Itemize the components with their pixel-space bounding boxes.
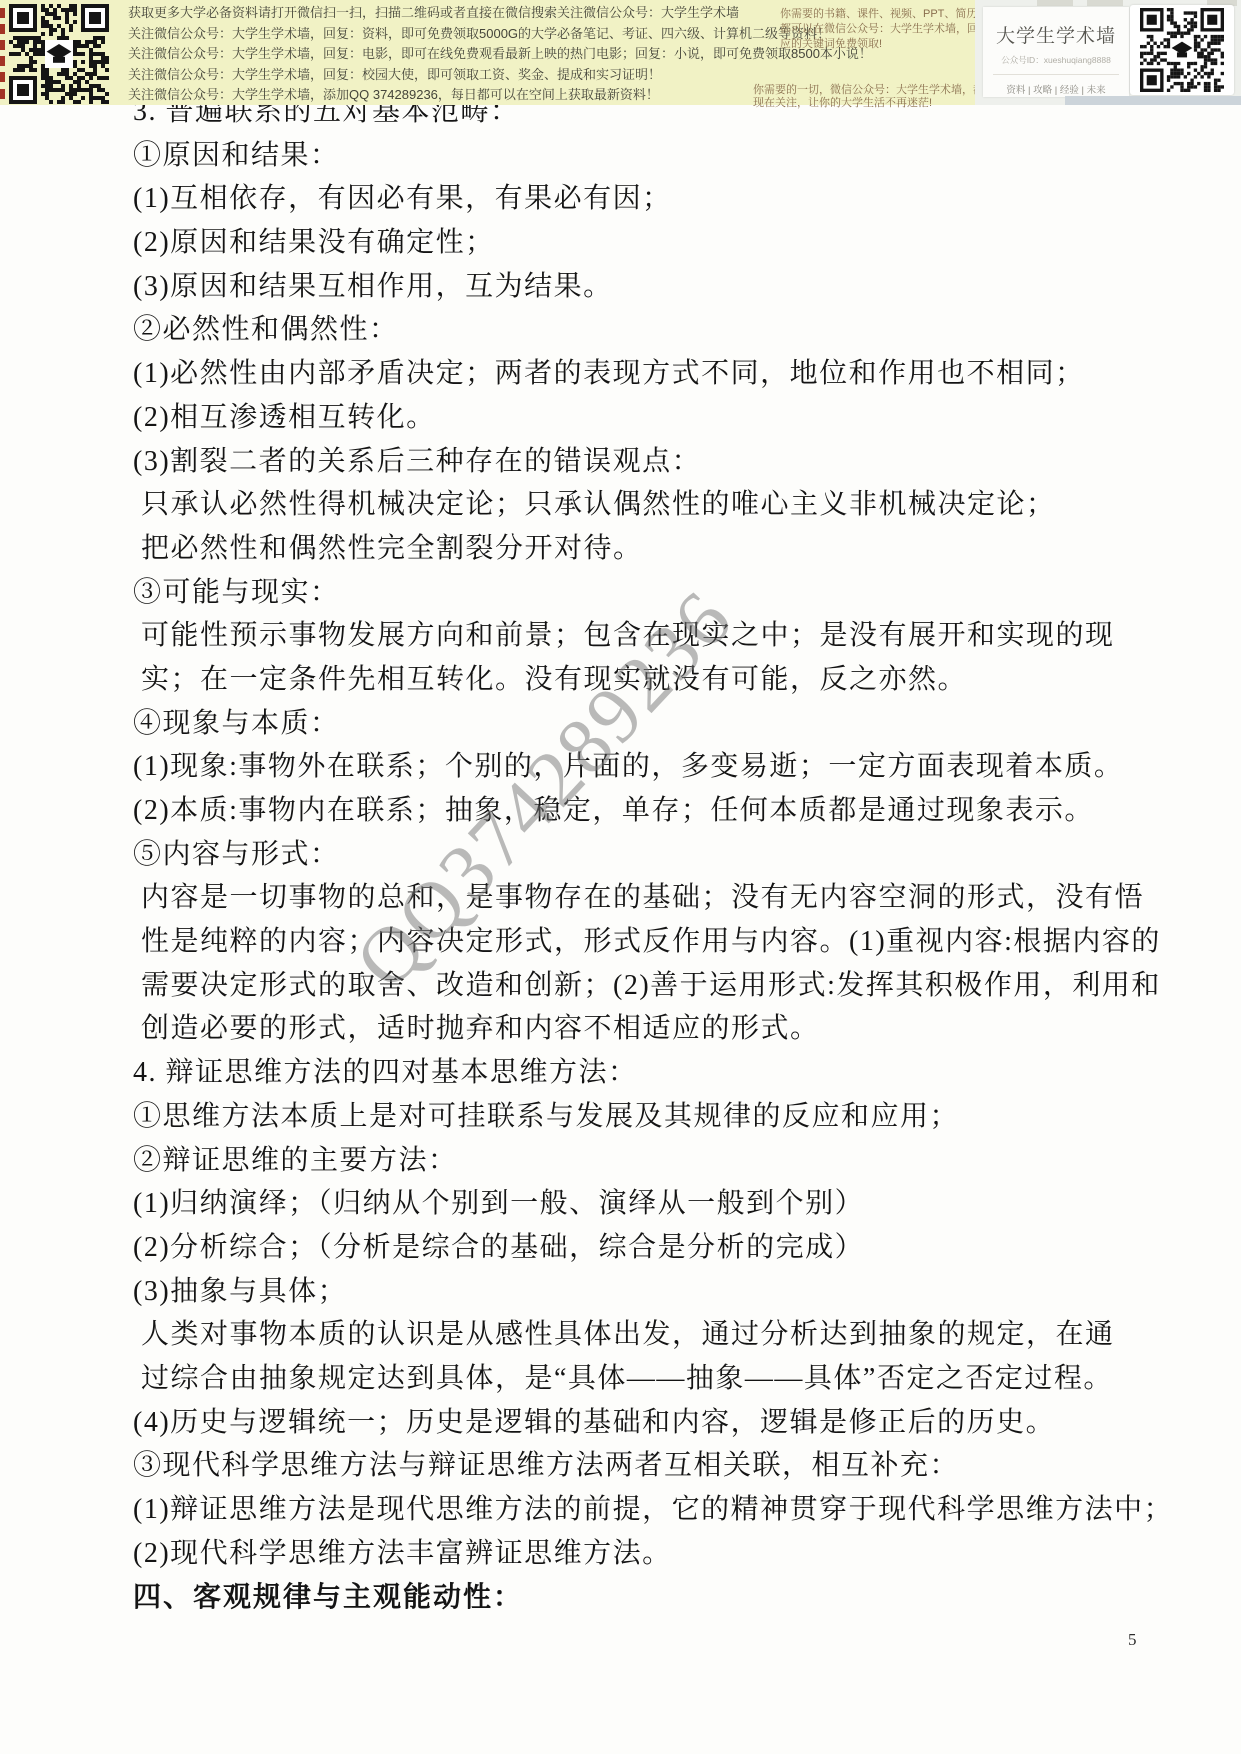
document-line: (3)原因和结果互相作用，互为结果。 xyxy=(133,265,1173,309)
document-line: (3)割裂二者的关系后三种存在的错误观点： xyxy=(133,440,1173,484)
document-line: 性是纯粹的内容；内容决定形式，形式反作用与内容。(1)重视内容:根据内容的 xyxy=(133,920,1173,964)
document-line: 创造必要的形式，适时抛弃和内容不相适应的形式。 xyxy=(133,1007,1173,1051)
page-number: 5 xyxy=(1128,1630,1137,1650)
account-card-panel: 大学生学术墙 公众号ID：xueshuqiang8888 资料 | 攻略 | 经… xyxy=(975,0,1241,105)
document-line: (2)现代科学思维方法丰富辨证思维方法。 xyxy=(133,1532,1173,1576)
tab-notch xyxy=(1087,0,1123,6)
promo-note-line: 你需要的书籍、课件、视频、PPT、简历模板 xyxy=(780,7,1000,22)
edge-fragment xyxy=(0,56,5,66)
account-title: 大学生学术墙 xyxy=(983,21,1129,48)
document-line: ④现象与本质： xyxy=(133,702,1173,746)
promo-line: 关注微信公众号：大学生学术墙，回复：资料，即可免费领取5000G的大学必备笔记、… xyxy=(128,24,888,45)
account-tags: 资料 | 攻略 | 经验 | 未来 xyxy=(983,82,1129,96)
promo-note-line: 你需要的一切，微信公众号：大学生学术墙，都有! xyxy=(753,84,998,97)
edge-fragment xyxy=(0,40,5,50)
document-line: (2)本质:事物内在联系；抽象，稳定，单存；任何本质都是通过现象表示。 xyxy=(133,789,1173,833)
promo-note-line: 现在关注，让你的大学生活不再迷茫! xyxy=(753,97,998,110)
document-line: 把必然性和偶然性完全割裂分开对待。 xyxy=(133,527,1173,571)
tab-notch xyxy=(1037,0,1073,6)
promo-note-line: 应的关键词免费领取! xyxy=(780,37,1000,52)
document-line: ②必然性和偶然性： xyxy=(133,308,1173,352)
document-line: ②辩证思维的主要方法： xyxy=(133,1139,1173,1183)
qr-code-icon xyxy=(9,4,109,104)
document-line: (1)必然性由内部矛盾决定；两者的表现方式不同，地位和作用也不相同； xyxy=(133,352,1173,396)
document-page: 获取更多大学必备资料请打开微信扫一扫，扫描二维码或者直接在微信搜索关注微信公众号… xyxy=(0,0,1241,1754)
edge-fragment xyxy=(0,89,5,99)
document-line: 需要决定形式的取舍、改造和创新；(2)善于运用形式:发挥其积极作用，利用和 xyxy=(133,964,1173,1008)
document-line: (4)历史与逻辑统一；历史是逻辑的基础和内容，逻辑是修正后的历史。 xyxy=(133,1401,1173,1445)
document-line: 过综合由抽象规定达到具体，是“具体——抽象——具体”否定之否定过程。 xyxy=(133,1357,1173,1401)
promo-note-line: 都可以在微信公众号：大学生学术墙，回复相 xyxy=(780,22,1000,37)
qr-pad xyxy=(1130,5,1234,95)
edge-fragment xyxy=(0,72,5,82)
document-line: (2)分析综合；（分析是综合的基础，综合是分析的完成） xyxy=(133,1226,1173,1270)
promo-line: 关注微信公众号：大学生学术墙，回复：校园大使，即可领取工资、奖金、提成和实习证明… xyxy=(128,65,888,86)
panel-strip xyxy=(1065,96,1241,105)
promo-note-bottom: 你需要的一切，微信公众号：大学生学术墙，都有! 现在关注，让你的大学生活不再迷茫… xyxy=(753,84,998,110)
document-line: ③可能与现实： xyxy=(133,571,1173,615)
promo-line: 获取更多大学必备资料请打开微信扫一扫，扫描二维码或者直接在微信搜索关注微信公众号… xyxy=(128,3,888,24)
document-line: ①原因和结果： xyxy=(133,134,1173,178)
document-line: 实；在一定条件先相互转化。没有现实就没有可能，反之亦然。 xyxy=(133,658,1173,702)
qr-code-icon xyxy=(1140,8,1224,92)
promo-banner: 获取更多大学必备资料请打开微信扫一扫，扫描二维码或者直接在微信搜索关注微信公众号… xyxy=(0,0,1241,105)
edge-fragment xyxy=(0,8,5,18)
account-id: 公众号ID：xueshuqiang8888 xyxy=(983,54,1129,66)
document-line: 只承认必然性得机械决定论；只承认偶然性的唯心主义非机械决定论； xyxy=(133,483,1173,527)
document-line: (2)相互渗透相互转化。 xyxy=(133,396,1173,440)
document-line: 人类对事物本质的认识是从感性具体出发，通过分析达到抽象的规定，在通 xyxy=(133,1313,1173,1357)
document-line: 4. 辩证思维方法的四对基本思维方法： xyxy=(133,1051,1173,1095)
document-line: 可能性预示事物发展方向和前景；包含在现实之中；是没有展开和实现的现 xyxy=(133,614,1173,658)
section-heading: 四、客观规律与主观能动性： xyxy=(133,1575,1173,1619)
document-line: (1)辩证思维方法是现代思维方法的前提，它的精神贯穿于现代科学思维方法中； xyxy=(133,1488,1173,1532)
document-line: ⑤内容与形式： xyxy=(133,833,1173,877)
promo-line: 关注微信公众号：大学生学术墙，回复：电影，即可在线免费观看最新上映的热门电影；回… xyxy=(128,44,888,65)
edge-fragment xyxy=(0,24,5,34)
document-line: (3)抽象与具体； xyxy=(133,1270,1173,1314)
document-line: 内容是一切事物的总和，是事物存在的基础；没有无内容空洞的形式，没有悟 xyxy=(133,876,1173,920)
account-card: 大学生学术墙 公众号ID：xueshuqiang8888 资料 | 攻略 | 经… xyxy=(983,7,1129,97)
document-line: ①思维方法本质上是对可挂联系与发展及其规律的反应和应用； xyxy=(133,1095,1173,1139)
document-body: 3. 普遍联系的五对基本范畴：①原因和结果：(1)互相依存，有因必有果，有果必有… xyxy=(133,90,1173,1619)
document-line: (1)归纳演绎；（归纳从个别到一般、演绎从一般到个别） xyxy=(133,1182,1173,1226)
document-line: (2)原因和结果没有确定性； xyxy=(133,221,1173,265)
document-line: (1)互相依存，有因必有果，有果必有因； xyxy=(133,177,1173,221)
document-line: ③现代科学思维方法与辩证思维方法两者互相关联，相互补充： xyxy=(133,1444,1173,1488)
divider xyxy=(993,74,1119,75)
document-line: (1)现象:事物外在联系；个别的，片面的，多变易逝；一定方面表现着本质。 xyxy=(133,745,1173,789)
promo-note-top: 你需要的书籍、课件、视频、PPT、简历模板 都可以在微信公众号：大学生学术墙，回… xyxy=(780,7,1000,52)
